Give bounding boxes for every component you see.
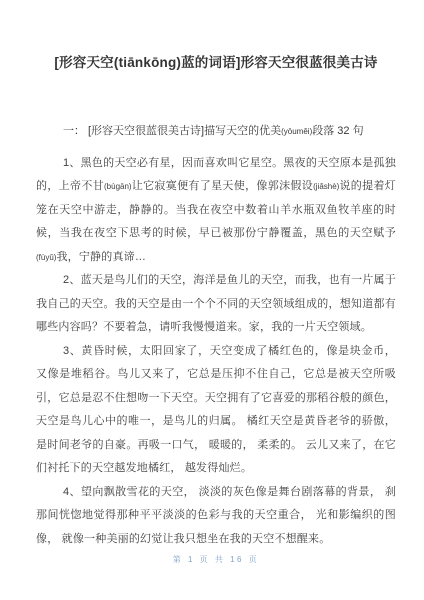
document-page: [形容天空(tiānkōng)蓝的词语]形容天空很蓝很美古诗 一： [形容天空很…	[0, 0, 424, 600]
paragraph-1: 1、黑色的天空必有星，因而喜欢叫它星空。黑夜的天空原本是孤独的，上帝不甘(bùg…	[36, 152, 396, 270]
paragraph-3: 3、黄昏时候，太阳回家了，天空变成了橘红色的，像是块金币， 又像是堆稻谷。鸟儿又…	[36, 340, 396, 481]
body-text: 1、黑色的天空必有星，因而喜欢叫它星空。黑夜的天空原本是孤独的，上帝不甘(bùg…	[36, 152, 396, 552]
section-heading: 一： [形容天空很蓝很美古诗]描写天空的优美(yōuměi)段落 32 句	[36, 120, 396, 144]
paragraph-4: 4、望向飘散雪花的天空， 淡淡的灰色像是舞台剧落幕的背景， 刹那间恍惚地觉得那种…	[36, 481, 396, 552]
paragraph-2: 2、蓝天是鸟儿们的天空，海洋是鱼儿的天空，而我，也有一片属于我自己的天空。我的天…	[36, 269, 396, 340]
page-title: [形容天空(tiānkōng)蓝的词语]形容天空很蓝很美古诗	[36, 54, 396, 72]
page-number-footer: 第 1 页 共 16 页	[36, 554, 396, 566]
